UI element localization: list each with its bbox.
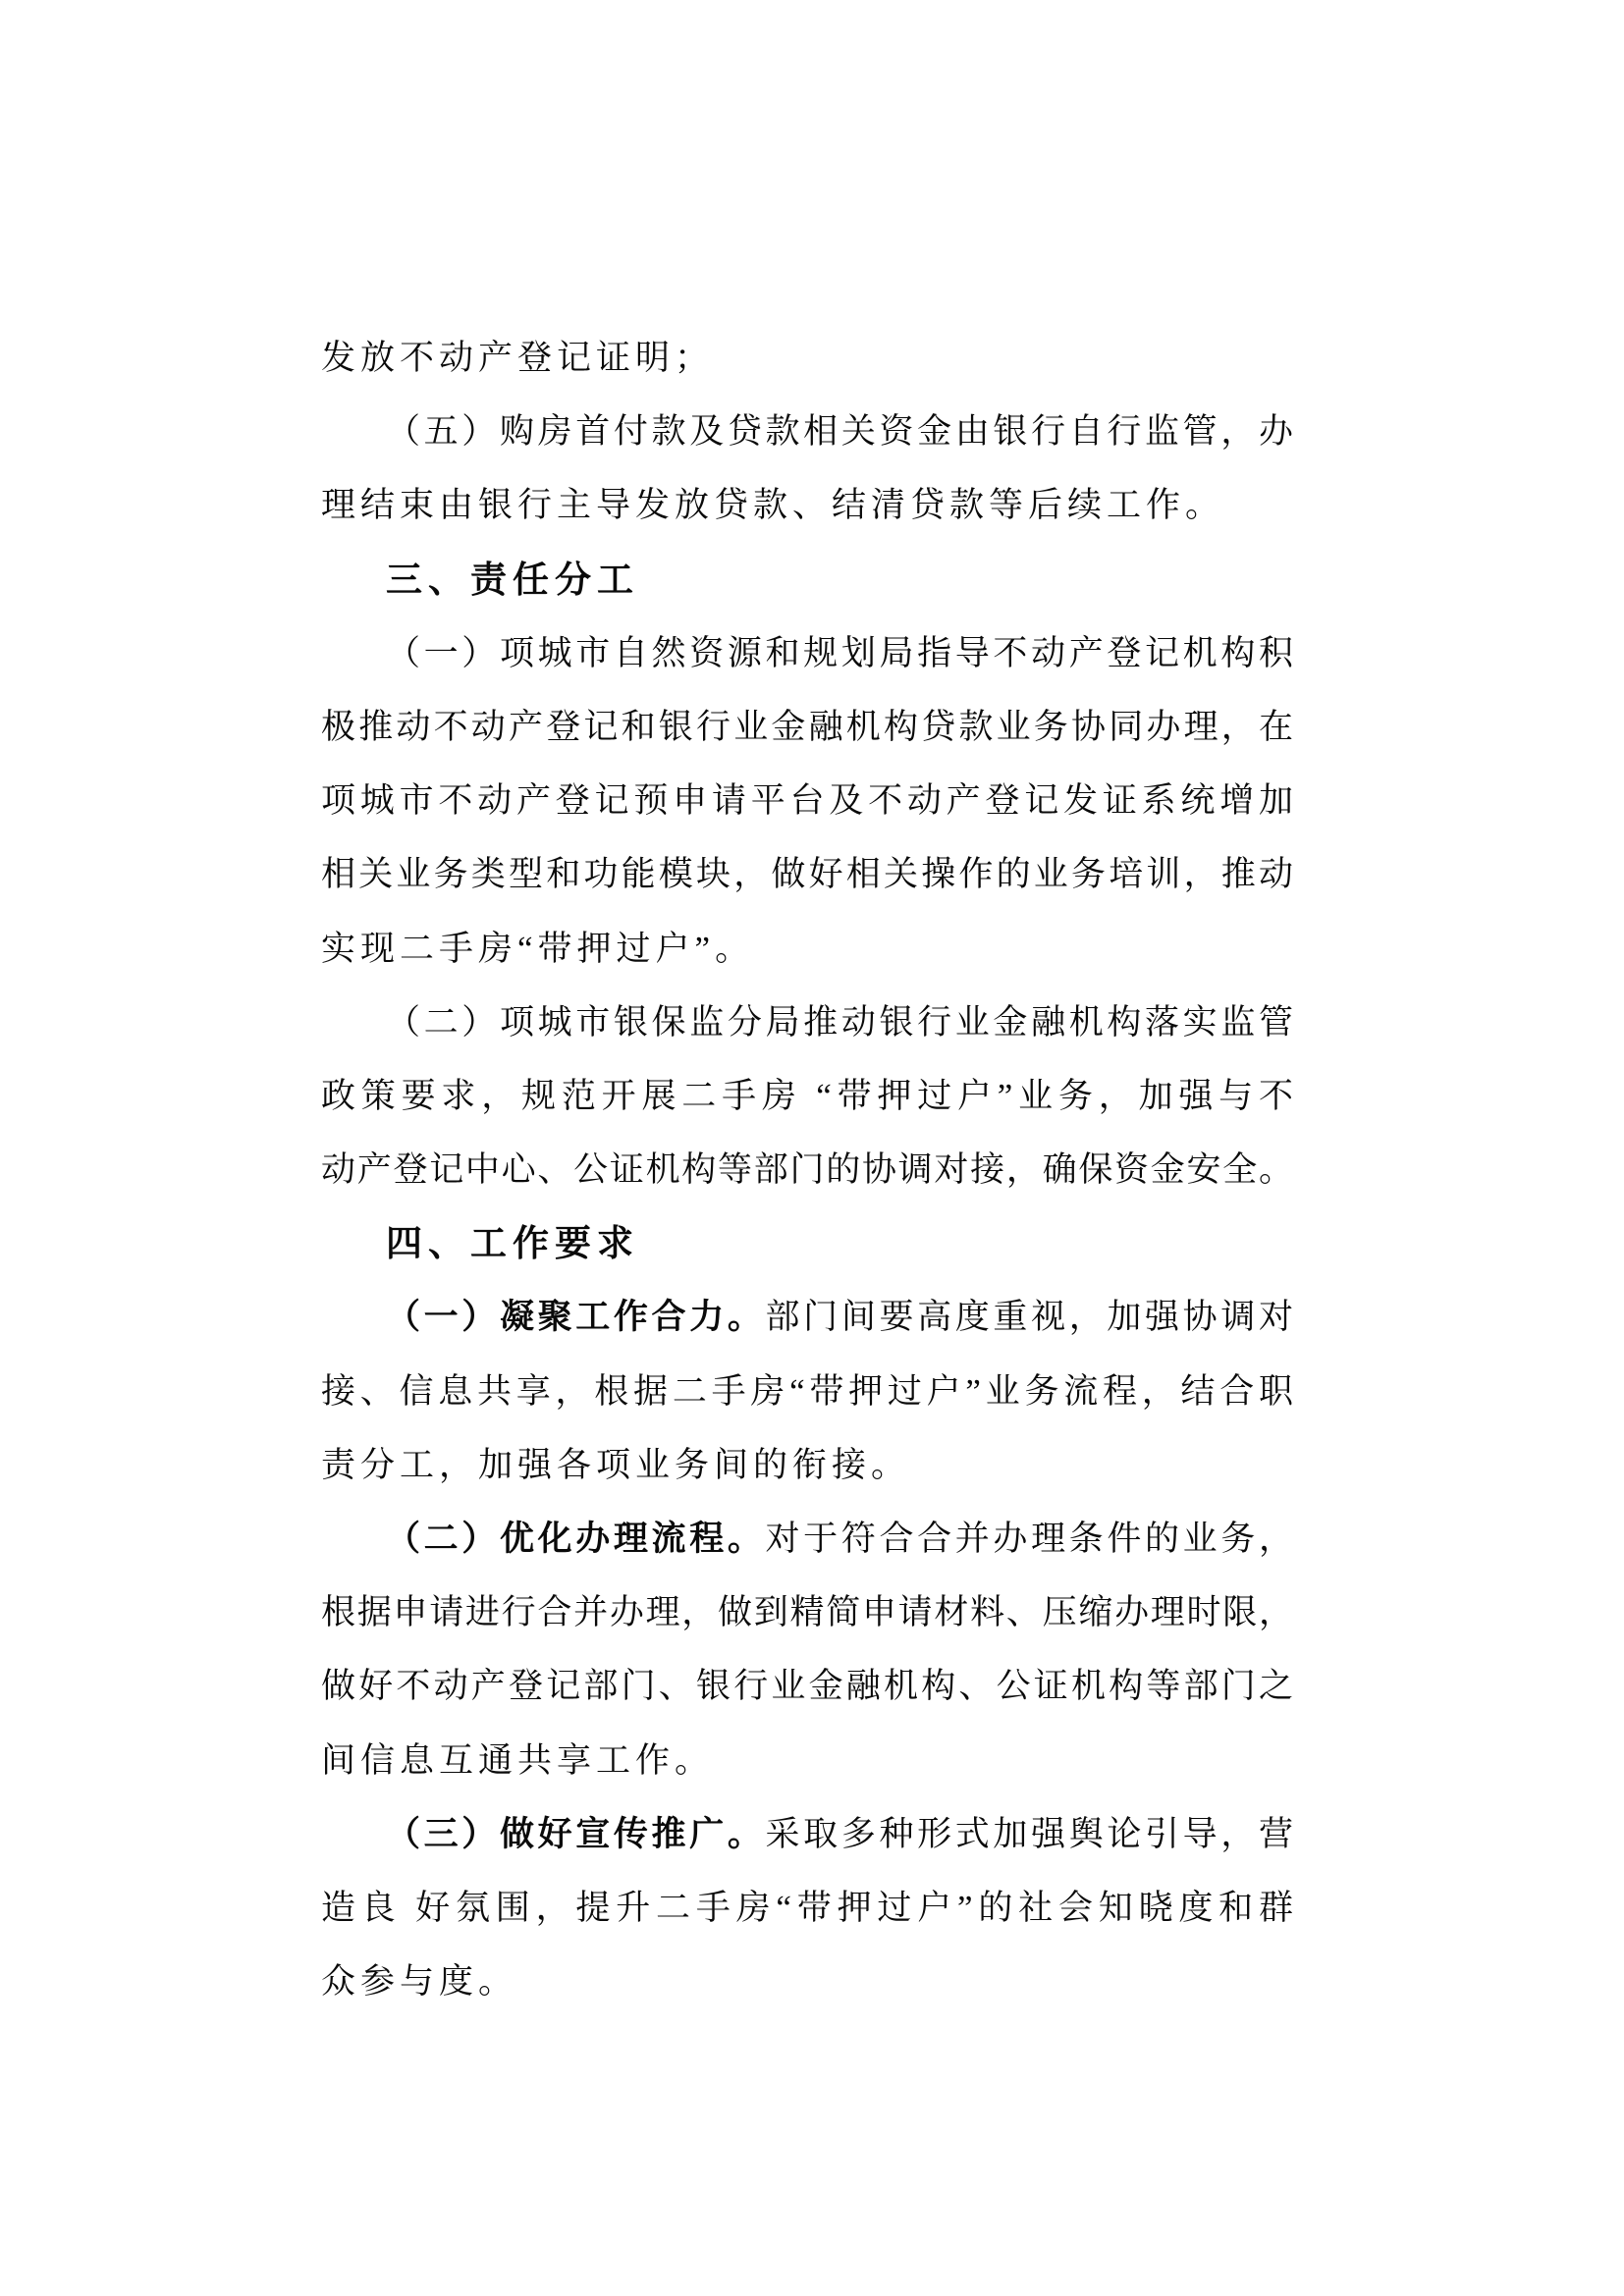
text-line: 政策要求，规范开展二手房 “带押过户”业务，加强与不 xyxy=(321,1059,1293,1133)
section-heading: 三、责任分工 xyxy=(321,543,1293,616)
text-line: （五）购房首付款及贷款相关资金由银行自行监管，办 xyxy=(321,395,1293,468)
text-run: 责分工，加强各项业务间的衔接。 xyxy=(321,1446,910,1484)
text-run: （五）购房首付款及贷款相关资金由银行自行监管，办 xyxy=(386,412,1293,451)
text-line: （一）项城市自然资源和规划局指导不动产登记机构积 xyxy=(321,616,1293,690)
text-line: 动产登记中心、公证机构等部门的协调对接，确保资金安全。 xyxy=(321,1133,1293,1206)
text-line: （二）优化办理流程。对于符合合并办理条件的业务， xyxy=(321,1502,1293,1575)
text-run: 项城市不动产登记预申请平台及不动产登记发证系统增加 xyxy=(321,781,1293,820)
text-run: 采取多种形式加强舆论引导，营 xyxy=(766,1815,1293,1853)
text-line: 众参与度。 xyxy=(321,1945,1293,2018)
text-line: 做好不动产登记部门、银行业金融机构、公证机构等部门之 xyxy=(321,1649,1293,1723)
text-line: （二）项城市银保监分局推动银行业金融机构落实监管 xyxy=(321,986,1293,1059)
text-run: 接、信息共享，根据二手房“带押过户”业务流程，结合职 xyxy=(321,1372,1293,1411)
text-line: （三）做好宣传推广。采取多种形式加强舆论引导，营 xyxy=(321,1797,1293,1871)
text-run: 对于符合合并办理条件的业务， xyxy=(766,1520,1293,1558)
text-run: 相关业务类型和功能模块，做好相关操作的业务培训，推动 xyxy=(321,855,1293,893)
section-heading: 四、工作要求 xyxy=(321,1206,1293,1280)
bold-text-run: 三、责任分工 xyxy=(386,560,639,600)
text-run: 造良 好氛围，提升二手房“带押过户”的社会知晓度和群 xyxy=(321,1889,1293,1927)
text-line: 极推动不动产登记和银行业金融机构贷款业务协同办理，在 xyxy=(321,690,1293,764)
text-run: 做好不动产登记部门、银行业金融机构、公证机构等部门之 xyxy=(321,1667,1293,1705)
text-run: （二）项城市银保监分局推动银行业金融机构落实监管 xyxy=(386,1003,1293,1041)
text-line: 发放不动产登记证明； xyxy=(321,321,1293,395)
text-run: 部门间要高度重视，加强协调对 xyxy=(766,1298,1293,1336)
text-line: 接、信息共享，根据二手房“带押过户”业务流程，结合职 xyxy=(321,1355,1293,1428)
bold-text-run: 四、工作要求 xyxy=(386,1223,639,1263)
text-run: 众参与度。 xyxy=(321,1962,517,2001)
text-run: 实现二手房“带押过户”。 xyxy=(321,930,754,968)
text-line: 责分工，加强各项业务间的衔接。 xyxy=(321,1428,1293,1502)
text-line: 造良 好氛围，提升二手房“带押过户”的社会知晓度和群 xyxy=(321,1871,1293,1945)
text-run: 动产登记中心、公证机构等部门的协调对接，确保资金安全。 xyxy=(321,1150,1293,1189)
text-line: 相关业务类型和功能模块，做好相关操作的业务培训，推动 xyxy=(321,837,1293,911)
text-line: 间信息互通共享工作。 xyxy=(321,1724,1293,1797)
bold-text-run: （二）优化办理流程。 xyxy=(386,1520,766,1558)
text-run: 政策要求，规范开展二手房 “带押过户”业务，加强与不 xyxy=(321,1077,1293,1115)
text-line: 实现二手房“带押过户”。 xyxy=(321,912,1293,986)
text-line: 根据申请进行合并办理，做到精简申请材料、压缩办理时限， xyxy=(321,1575,1293,1649)
text-line: 项城市不动产登记预申请平台及不动产登记发证系统增加 xyxy=(321,764,1293,837)
text-line: 理结束由银行主导发放贷款、结清贷款等后续工作。 xyxy=(321,468,1293,542)
text-run: 极推动不动产登记和银行业金融机构贷款业务协同办理，在 xyxy=(321,708,1293,746)
bold-text-run: （三）做好宣传推广。 xyxy=(386,1815,766,1853)
document-page: 发放不动产登记证明；（五）购房首付款及贷款相关资金由银行自行监管，办理结束由银行… xyxy=(0,0,1624,2296)
text-run: 理结束由银行主导发放贷款、结清贷款等后续工作。 xyxy=(321,486,1224,524)
text-run: 间信息互通共享工作。 xyxy=(321,1741,714,1780)
text-run: 根据申请进行合并办理，做到精简申请材料、压缩办理时限， xyxy=(321,1593,1293,1631)
text-run: （一）项城市自然资源和规划局指导不动产登记机构积 xyxy=(386,634,1293,672)
text-block: 发放不动产登记证明；（五）购房首付款及贷款相关资金由银行自行监管，办理结束由银行… xyxy=(321,321,1293,2018)
bold-text-run: （一）凝聚工作合力。 xyxy=(386,1298,766,1336)
text-line: （一）凝聚工作合力。部门间要高度重视，加强协调对 xyxy=(321,1280,1293,1354)
text-run: 发放不动产登记证明； xyxy=(321,339,714,377)
